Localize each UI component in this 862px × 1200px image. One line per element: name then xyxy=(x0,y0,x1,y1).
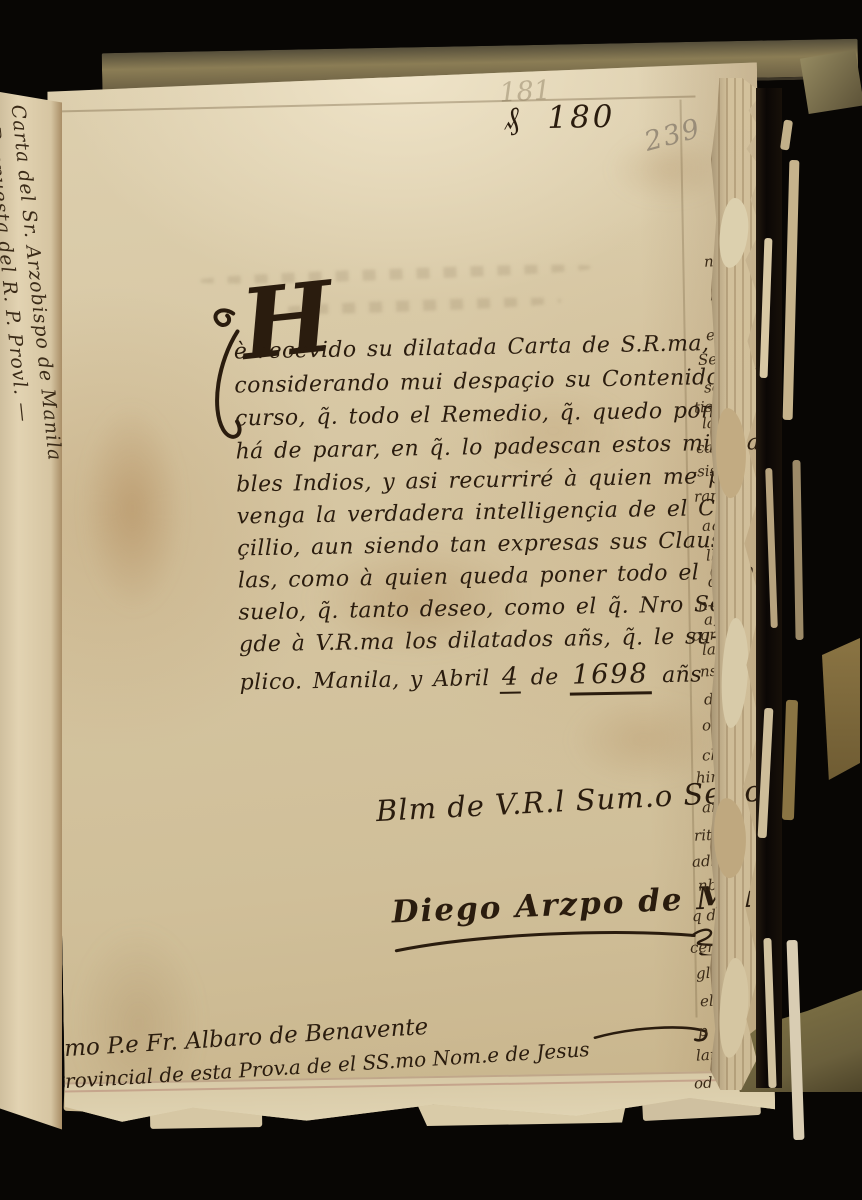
page-edge-fragment: el xyxy=(700,992,715,1011)
page-sliver xyxy=(787,940,805,1140)
page-stack-crevice xyxy=(756,88,782,1088)
ink-folio-annotation: ₰ 180 xyxy=(504,99,616,137)
torn-paper-patch xyxy=(711,797,749,879)
page-edge-fragment: p xyxy=(698,1022,709,1040)
page-sliver xyxy=(758,708,774,838)
date-line-pre: plico. Manila, y Abril xyxy=(239,666,500,696)
page-sliver xyxy=(792,460,803,640)
torn-paper-patch xyxy=(720,618,750,729)
folio-mark: ₰ xyxy=(502,100,522,138)
date-year: 1698 xyxy=(569,658,652,695)
page-sliver xyxy=(765,468,778,628)
page-sliver xyxy=(760,238,773,378)
photographed-manuscript-scene: 181 ₰ 180 239 H è recevido su dilatada C… xyxy=(0,0,862,1200)
manuscript-page: 181 ₰ 180 239 H è recevido su dilatada C… xyxy=(47,62,775,1136)
date-day: 4 xyxy=(500,662,521,694)
page-sliver xyxy=(780,120,793,151)
torn-paper-patch xyxy=(717,957,750,1058)
page-stack-outer-slivers xyxy=(780,100,814,1090)
date-line: plico. Manila, y Abril 4 de 1698 añs xyxy=(239,657,702,696)
paper-stain xyxy=(473,385,635,478)
page-sliver xyxy=(783,160,800,420)
date-line-mid: de xyxy=(520,665,569,691)
folio-number: 180 xyxy=(547,99,616,136)
page-sliver xyxy=(763,938,776,1088)
page-sliver xyxy=(782,700,798,820)
torn-paper-patch xyxy=(718,197,751,269)
page-edge-fragment: od xyxy=(694,1074,714,1093)
torn-paper-patch xyxy=(714,407,749,498)
paper-stain xyxy=(81,402,185,614)
book-cover-side-patch xyxy=(822,638,860,780)
